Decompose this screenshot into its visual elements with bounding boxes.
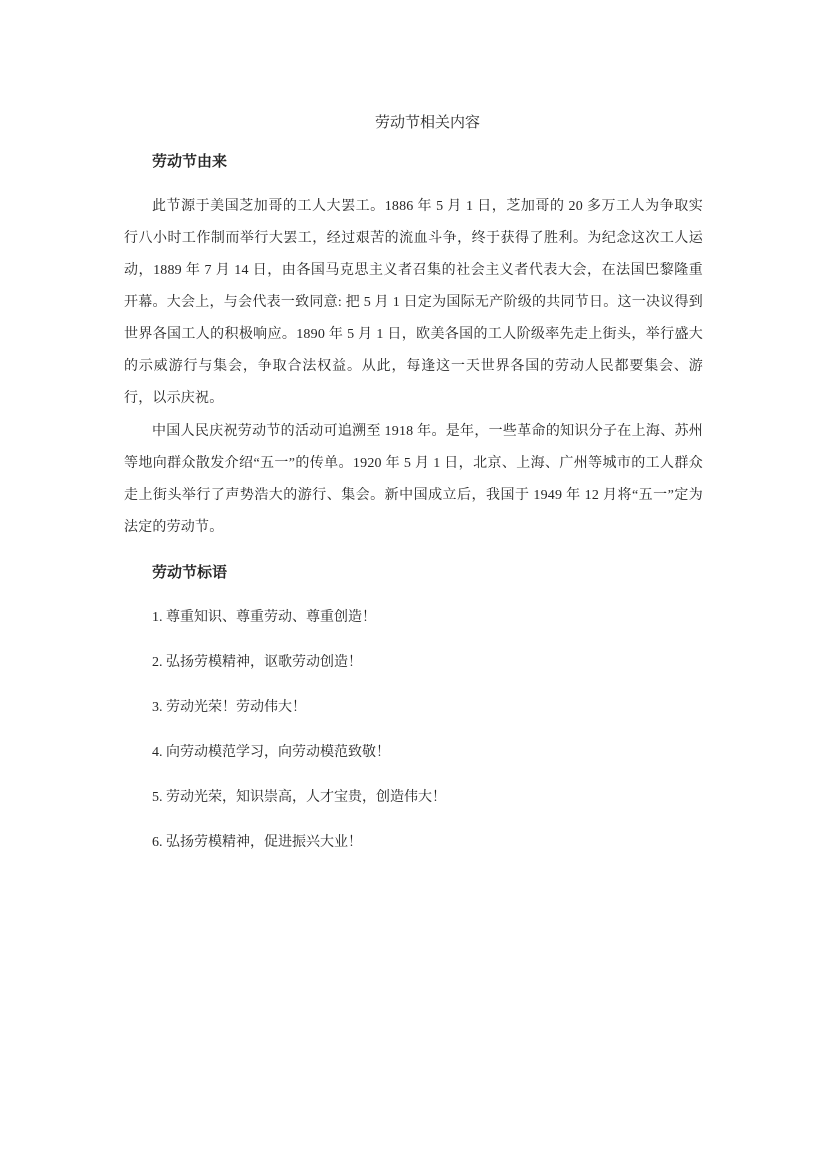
paragraph-origin-1: 此节源于美国芝加哥的工人大罢工。1886 年 5 月 1 日，芝加哥的 20 多… xyxy=(124,191,703,415)
document-page: 劳动节相关内容 劳动节由来 此节源于美国芝加哥的工人大罢工。1886 年 5 月… xyxy=(0,0,827,1169)
document-title: 劳动节相关内容 xyxy=(124,107,703,139)
slogan-item-3: 3. 劳动光荣！劳动伟大！ xyxy=(124,692,703,724)
document-content: 劳动节相关内容 劳动节由来 此节源于美国芝加哥的工人大罢工。1886 年 5 月… xyxy=(124,107,703,859)
section-heading-slogans: 劳动节标语 xyxy=(124,557,703,589)
section-heading-origin: 劳动节由来 xyxy=(124,146,703,178)
paragraph-origin-2: 中国人民庆祝劳动节的活动可追溯至 1918 年。是年，一些革命的知识分子在上海、… xyxy=(124,416,703,544)
slogan-item-2: 2. 弘扬劳模精神，讴歌劳动创造！ xyxy=(124,647,703,679)
slogan-item-5: 5. 劳动光荣，知识崇高，人才宝贵，创造伟大！ xyxy=(124,782,703,814)
slogan-item-4: 4. 向劳动模范学习，向劳动模范致敬！ xyxy=(124,737,703,769)
slogan-item-1: 1. 尊重知识、尊重劳动、尊重创造！ xyxy=(124,602,703,634)
slogan-item-6: 6. 弘扬劳模精神，促进振兴大业！ xyxy=(124,827,703,859)
